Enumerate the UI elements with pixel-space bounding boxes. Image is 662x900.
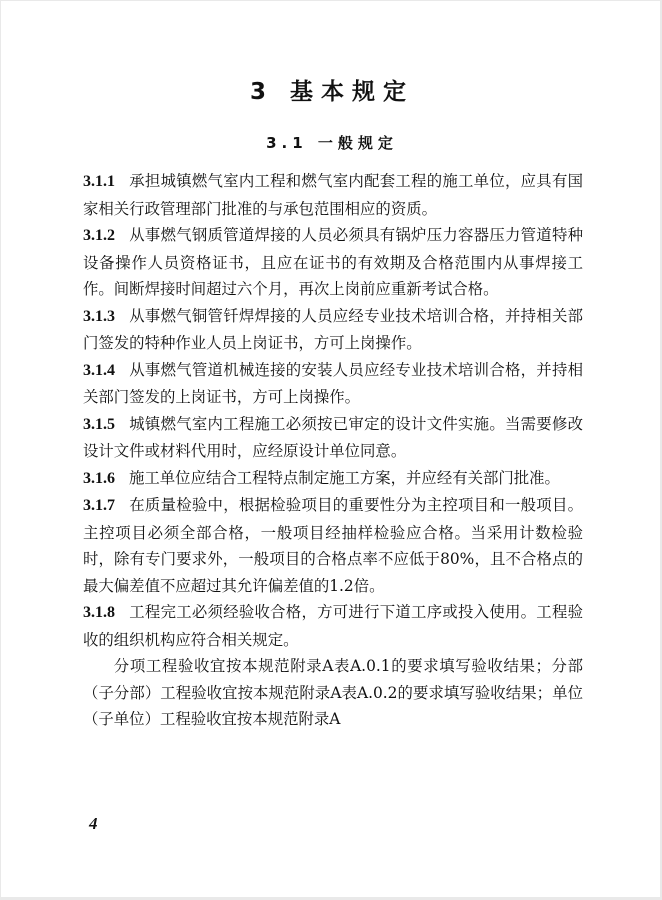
clause-number: 3.1.1 [83,173,115,190]
clause-text: 从事燃气钢质管道焊接的人员必须具有锅炉压力容器压力管道特种设备操作人员资格证书，… [83,226,583,298]
clause-text: 承担城镇燃气室内工程和燃气室内配套工程的施工单位，应具有国家相关行政管理部门批准… [83,172,583,218]
clause-number: 3.1.3 [83,308,115,325]
clause-text: 从事燃气管道机械连接的安装人员应经专业技术培训合格，并持相关部门签发的上岗证书，… [83,361,583,407]
clause-text: 在质量检验中，根据检验项目的重要性分为主控项目和一般项目。主控项目必须全部合格，… [83,496,583,595]
clause-number: 3.1.7 [83,497,115,514]
clause-text: 城镇燃气室内工程施工必须按已审定的设计文件实施。当需要修改设计文件或材料代用时，… [83,415,583,461]
clause-3-1-4: 3.1.4从事燃气管道机械连接的安装人员应经专业技术培训合格，并持相关部门签发的… [83,357,583,411]
clause-number: 3.1.2 [83,227,115,244]
clause-3-1-8: 3.1.8工程完工必须经验收合格，方可进行下道工序或投入使用。工程验收的组织机构… [83,599,583,653]
clause-3-1-1: 3.1.1承担城镇燃气室内工程和燃气室内配套工程的施工单位，应具有国家相关行政管… [83,168,583,222]
document-body: 3.1.1承担城镇燃气室内工程和燃气室内配套工程的施工单位，应具有国家相关行政管… [83,168,583,733]
section-title: 3.1 一般规定 [1,132,662,153]
clause-number: 3.1.6 [83,470,115,487]
document-page: 3 基本规定 3.1 一般规定 3.1.1承担城镇燃气室内工程和燃气室内配套工程… [1,1,660,897]
clause-text: 施工单位应结合工程特点制定施工方案，并应经有关部门批准。 [129,469,560,487]
clause-3-1-5: 3.1.5城镇燃气室内工程施工必须按已审定的设计文件实施。当需要修改设计文件或材… [83,411,583,465]
clause-number: 3.1.5 [83,416,115,433]
acceptance-paragraph: 分项工程验收宜按本规范附录A表A.0.1的要求填写验收结果；分部（子分部）工程验… [83,653,583,733]
clause-text: 从事燃气铜管钎焊焊接的人员应经专业技术培训合格，并持相关部门签发的特种作业人员上… [83,307,583,353]
clause-3-1-7: 3.1.7在质量检验中，根据检验项目的重要性分为主控项目和一般项目。主控项目必须… [83,492,583,599]
clause-3-1-3: 3.1.3从事燃气铜管钎焊焊接的人员应经专业技术培训合格，并持相关部门签发的特种… [83,303,583,357]
chapter-title: 3 基本规定 [1,73,662,106]
clause-3-1-2: 3.1.2从事燃气钢质管道焊接的人员必须具有锅炉压力容器压力管道特种设备操作人员… [83,222,583,303]
clause-number: 3.1.8 [83,604,115,621]
clause-3-1-6: 3.1.6施工单位应结合工程特点制定施工方案，并应经有关部门批准。 [83,465,583,493]
page-number: 4 [89,814,98,834]
clause-text: 工程完工必须经验收合格，方可进行下道工序或投入使用。工程验收的组织机构应符合相关… [83,603,583,649]
clause-number: 3.1.4 [83,362,115,379]
